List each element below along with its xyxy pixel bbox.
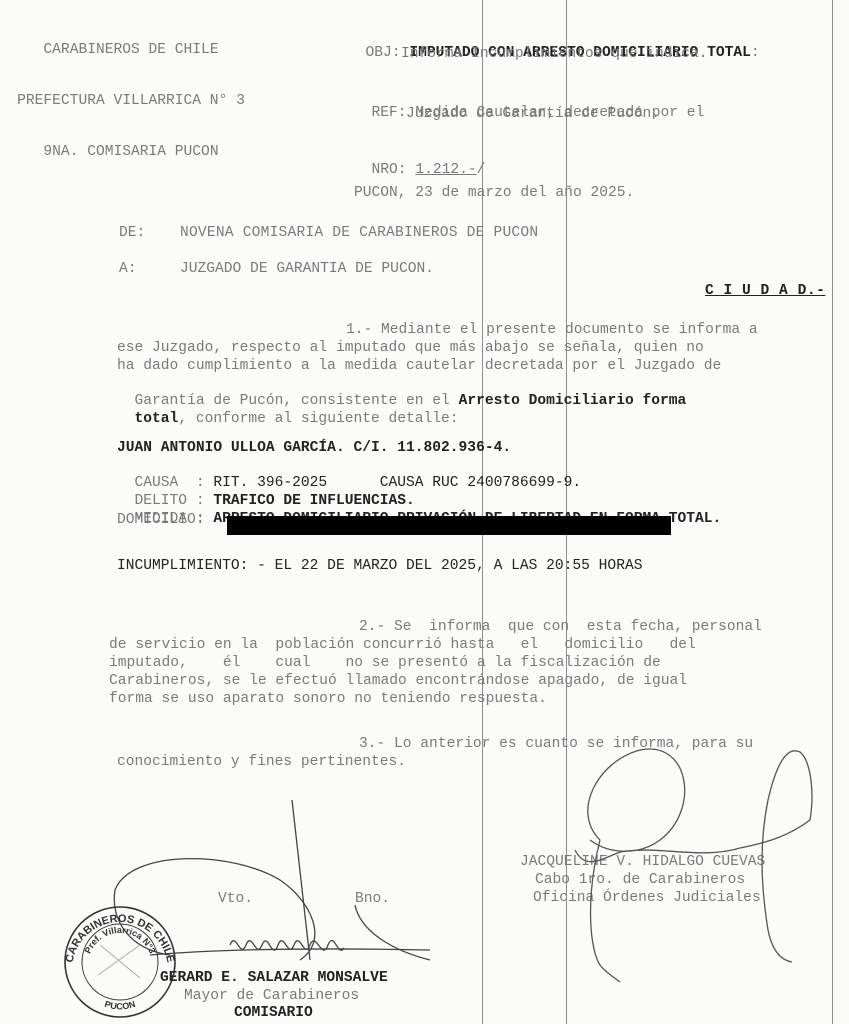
- fold-line-3: [832, 0, 833, 1024]
- paragraph-2-first-line: 2.- Se informa que con esta fecha, perso…: [359, 619, 762, 636]
- a-label: A:: [119, 261, 137, 278]
- institution-line-2: PREFECTURA VILLARRICA N° 3: [0, 93, 262, 110]
- p1-line5-text: , conforme al siguiente detalle:: [178, 411, 458, 427]
- signer-right-rank: Cabo 1ro. de Carabineros: [535, 872, 745, 889]
- svg-text:PUCON: PUCON: [103, 999, 136, 1012]
- signer-right-name: JACQUELINE V. HIDALGO CUEVAS: [520, 854, 765, 871]
- p1-line5-bold: total: [135, 411, 179, 427]
- paragraph-1-line-3: ha dado cumplimiento a la medida cautela…: [117, 358, 721, 375]
- signature-left-icon: [114, 800, 430, 960]
- de-value: NOVENA COMISARIA DE CARABINEROS DE PUCON: [180, 225, 538, 242]
- paragraph-1-first-line: 1.- Mediante el presente documento se in…: [346, 322, 758, 339]
- stamp-icon: [65, 907, 175, 1017]
- domicilio-label: DOMICILIO:: [117, 512, 205, 529]
- paragraph-1-line-5: total, conforme al siguiente detalle:: [117, 394, 459, 428]
- signer-right-office: Oficina Órdenes Judiciales: [533, 890, 761, 907]
- place-date: PUCON, 23 de marzo del año 2025.: [354, 185, 634, 202]
- nro-value: 1.212.-: [415, 162, 476, 178]
- bno-label: Bno.: [355, 891, 390, 908]
- paragraph-3-first-line: 3.- Lo anterior es cuanto se informa, pa…: [359, 736, 753, 753]
- svg-text:Pref. Villarrica N°3: Pref. Villarrica N°3: [83, 925, 158, 955]
- institution-line-1: CARABINEROS DE CHILE: [0, 42, 262, 59]
- institution-header: CARABINEROS DE CHILE PREFECTURA VILLARRI…: [0, 8, 262, 178]
- paragraph-2-line-5: forma se uso aparato sonoro no teniendo …: [109, 691, 547, 708]
- nro-suffix: /: [477, 162, 486, 178]
- a-value: JUZGADO DE GARANTIA DE PUCON.: [180, 261, 434, 278]
- incumplimiento-line: INCUMPLIMIENTO: - EL 22 DE MARZO DEL 202…: [117, 558, 642, 575]
- ref-line-2: Juzgado de Garantía de Pucón.: [406, 106, 660, 123]
- ref-label: REF:: [372, 105, 407, 121]
- paragraph-2-line-3: imputado, él cual no se presentó a la fi…: [109, 655, 661, 672]
- institution-line-3: 9NA. COMISARIA PUCON: [0, 144, 262, 161]
- paragraph-2-line-4: Carabineros, se le efectuó llamado encon…: [109, 673, 687, 690]
- signer-left-name: GERARD E. SALAZAR MONSALVE: [160, 970, 388, 987]
- signer-left-title: COMISARIO: [234, 1005, 313, 1022]
- nro-block: NRO: 1.212.-/: [354, 145, 485, 179]
- redacted-address: [227, 516, 671, 535]
- paragraph-1-line-2: ese Juzgado, respecto al imputado que má…: [117, 340, 704, 357]
- paragraph-3-line-2: conocimiento y fines pertinentes.: [117, 754, 406, 771]
- svg-text:CARABINEROS DE CHILE: CARABINEROS DE CHILE: [64, 913, 177, 964]
- city-heading: C I U D A D.-: [705, 283, 825, 300]
- obj-subtitle: Informa Incumplimientos que indica.: [401, 46, 708, 63]
- de-label: DE:: [119, 225, 145, 242]
- defendant-name-line: JUAN ANTONIO ULLOA GARCÍA. C/I. 11.802.9…: [117, 440, 511, 457]
- vto-label: Vto.: [218, 891, 253, 908]
- obj-label: OBJ:: [366, 45, 401, 61]
- nro-label: NRO:: [372, 162, 407, 178]
- p1-line4-bold: Arresto Domiciliario forma: [459, 393, 687, 409]
- signer-left-rank: Mayor de Carabineros: [184, 988, 359, 1005]
- obj-colon: :: [751, 45, 760, 61]
- paragraph-2-line-2: de servicio en la población concurrió ha…: [109, 637, 696, 654]
